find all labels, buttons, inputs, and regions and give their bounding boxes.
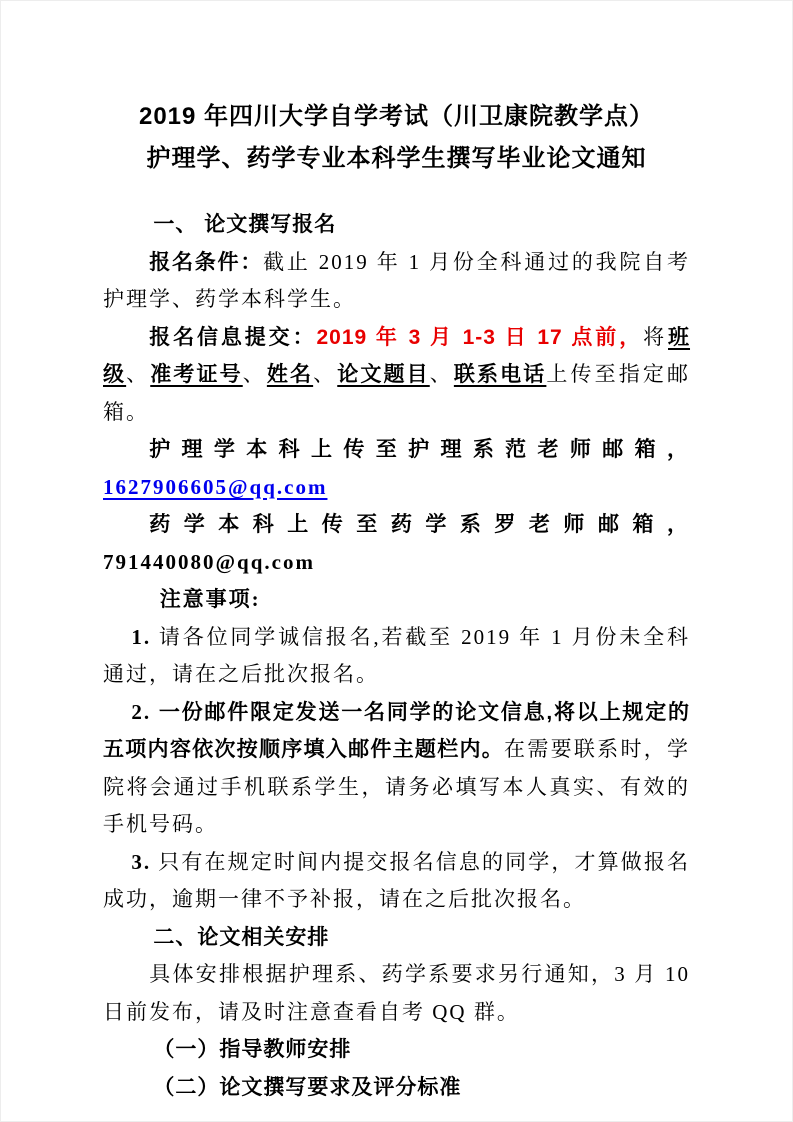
pharmacy-email-text: 药学本科上传至药学系罗老师邮箱，791440080@qq.com <box>103 512 690 574</box>
note-item-2: 2.一份邮件限定发送一名同学的论文信息,将以上规定的五项内容依次按顺序填入邮件主… <box>103 694 690 844</box>
conditions-label: 报名条件： <box>149 251 263 274</box>
nursing-email-link[interactable]: 1627906605@qq.com <box>103 475 327 499</box>
document-body: 一、 论文撰写报名 报名条件：截止 2019 年 1 月份全科通过的我院自考护理… <box>103 206 690 1106</box>
note-3-number: 3. <box>131 850 151 874</box>
paragraph-arrangement: 具体安排根据护理系、药学系要求另行通知，3 月 10 日前发布，请及时注意查看自… <box>103 956 690 1031</box>
paragraph-submit: 报名信息提交：2019 年 3 月 1-3 日 17 点前，将班级、准考证号、姓… <box>103 319 690 432</box>
submit-lead: 将 <box>643 325 668 349</box>
submit-field-name: 姓名 <box>267 363 313 386</box>
nursing-email-text: 护理学本科上传至护理系范老师邮箱， <box>149 437 690 461</box>
note-1-number: 1. <box>131 625 151 649</box>
separator: 、 <box>313 362 337 386</box>
section2-heading: 二、论文相关安排 <box>103 919 690 957</box>
paragraph-nursing-email: 护理学本科上传至护理系范老师邮箱，1627906605@qq.com <box>103 431 690 506</box>
submit-label: 报名信息提交： <box>149 326 316 349</box>
note-1-text: 请各位同学诚信报名,若截至 2019 年 1 月份未全科通过，请在之后批次报名。 <box>103 625 690 687</box>
note-item-3: 3.只有在规定时间内提交报名信息的同学，才算做报名成功，逾期一律不予补报，请在之… <box>103 844 690 919</box>
doc-title-line1: 2019 年四川大学自学考试（川卫康院教学点） <box>103 96 690 138</box>
subsection2-heading: （二）论文撰写要求及评分标准 <box>103 1069 690 1107</box>
note-3-text: 只有在规定时间内提交报名信息的同学，才算做报名成功，逾期一律不予补报，请在之后批… <box>103 850 690 912</box>
section1-heading: 一、 论文撰写报名 <box>103 206 690 244</box>
title-block: 2019 年四川大学自学考试（川卫康院教学点） 护理学、药学专业本科学生撰写毕业… <box>103 96 690 180</box>
separator: 、 <box>430 362 454 386</box>
note-item-1: 1.请各位同学诚信报名,若截至 2019 年 1 月份未全科通过，请在之后批次报… <box>103 619 690 694</box>
submit-field-phone: 联系电话 <box>454 363 547 386</box>
subsection1-heading: （一）指导教师安排 <box>103 1031 690 1069</box>
submit-field-thesis-title: 论文题目 <box>337 363 430 386</box>
submit-deadline: 2019 年 3 月 1-3 日 17 点前， <box>316 326 643 349</box>
separator: 、 <box>243 362 267 386</box>
doc-title-line2: 护理学、药学专业本科学生撰写毕业论文通知 <box>103 138 690 180</box>
note-2-number: 2. <box>131 700 151 724</box>
submit-field-exam-number: 准考证号 <box>150 363 243 386</box>
notes-label: 注意事项: <box>103 581 690 619</box>
separator: 、 <box>126 362 150 386</box>
paragraph-pharmacy-email: 药学本科上传至药学系罗老师邮箱，791440080@qq.com <box>103 506 690 581</box>
paragraph-conditions: 报名条件：截止 2019 年 1 月份全科通过的我院自考护理学、药学本科学生。 <box>103 244 690 319</box>
document-page: 2019 年四川大学自学考试（川卫康院教学点） 护理学、药学专业本科学生撰写毕业… <box>0 0 793 1122</box>
